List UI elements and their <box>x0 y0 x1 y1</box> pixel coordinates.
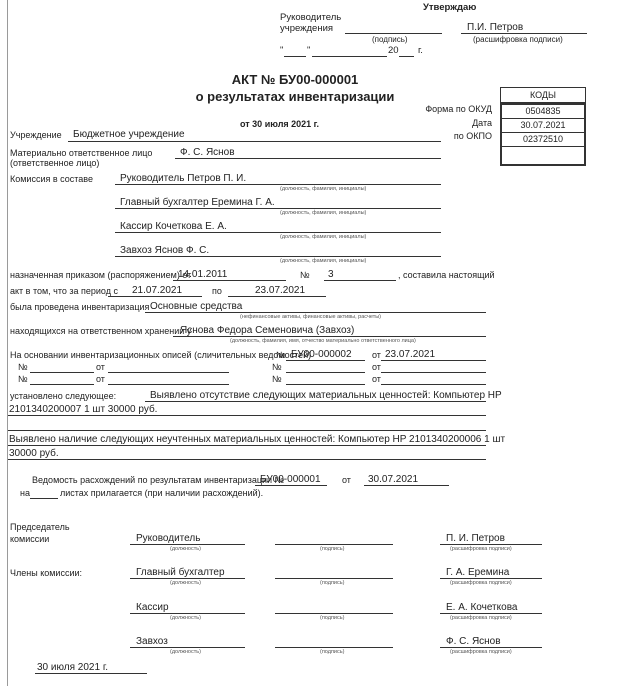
order-label: назначенная приказом (распоряжением) от <box>10 270 191 280</box>
signature-position: Главный бухгалтер <box>136 567 225 578</box>
signature-name: Ф. С. Яснов <box>446 636 501 647</box>
discrepancy-sheets-field[interactable] <box>30 498 58 499</box>
institution-line <box>68 141 441 142</box>
signature-position: Кассир <box>136 602 169 613</box>
approval-title: Утверждаю <box>423 2 476 13</box>
codes-date-value: 30.07.2021 <box>500 119 586 133</box>
approval-date-quote-open: " <box>280 45 283 56</box>
discrepancy-number: БУ00-000001 <box>260 474 321 485</box>
approval-name-line <box>461 33 587 34</box>
commission-member-2-line <box>115 208 441 209</box>
approval-date-quote-close: " <box>307 45 310 56</box>
signature-name-hint: (расшифровка подписи) <box>450 649 512 655</box>
footer-date: 30 июля 2021 г. <box>37 662 108 673</box>
approval-date-day[interactable] <box>284 56 306 57</box>
basis-extra-1-no2-field[interactable] <box>286 372 365 373</box>
signature-position-hint: (должность) <box>170 615 201 621</box>
signature-position-line <box>130 613 245 614</box>
basis-extra-1-no-field[interactable] <box>30 372 94 373</box>
codes-okud-label: Форма по ОКУД <box>425 104 492 114</box>
codes-header: КОДЫ <box>500 87 586 103</box>
signature-position-line <box>130 647 245 648</box>
approval-name: П.И. Петров <box>467 22 523 33</box>
signature-position: Завхоз <box>136 636 168 647</box>
basis-extra-2-date-field[interactable] <box>108 384 229 385</box>
basis-number-label: № <box>276 350 286 360</box>
period-to-line <box>228 296 326 297</box>
signature-position-hint: (должность) <box>170 649 201 655</box>
codes-table: КОДЫ 0504835 30.07.2021 02372510 Форма п… <box>500 87 586 166</box>
basis-extra-1-date-field[interactable] <box>108 372 229 373</box>
approval-date-year-suffix: г. <box>418 45 423 56</box>
commission-member-1: Руководитель Петров П. И. <box>120 173 246 184</box>
approval-date-year[interactable] <box>399 56 414 57</box>
approval-date-year-prefix: 20 <box>388 45 399 56</box>
discrepancy-sheets-prefix: на <box>20 488 30 498</box>
signature-field[interactable] <box>275 578 393 579</box>
basis-from-label: от <box>372 350 381 360</box>
signature-position-hint: (должность) <box>170 546 201 552</box>
commission-member-1-line <box>115 184 441 185</box>
commission-member-2: Главный бухгалтер Еремина Г. А. <box>120 197 275 208</box>
chair-label-line1: Председатель <box>10 522 70 532</box>
period-to-label: по <box>212 286 222 296</box>
members-label: Члены комиссии: <box>10 568 82 578</box>
period-from: 21.07.2021 <box>132 285 182 296</box>
commission-member-4: Завхоз Яснов Ф. С. <box>120 245 209 256</box>
codes-okpo-value: 02372510 <box>500 133 586 147</box>
signature-field[interactable] <box>275 544 393 545</box>
signature-position: Руководитель <box>136 533 200 544</box>
discrepancy-text: Ведомость расхождений по результатам инв… <box>32 475 284 485</box>
responsible-line <box>175 158 441 159</box>
approval-position-line1: Руководитель <box>280 12 341 23</box>
order-number: 3 <box>328 269 334 280</box>
institution-value: Бюджетное учреждение <box>73 129 185 140</box>
codes-date-label: Дата <box>472 118 492 128</box>
commission-member-3: Кассир Кочеткова Е. А. <box>120 221 227 232</box>
basis-extra-2-date2-field[interactable] <box>381 384 486 385</box>
findings-surplus-line1-rule <box>8 445 486 446</box>
signature-name: П. И. Петров <box>446 533 505 544</box>
approval-signature-hint: (подпись) <box>372 35 408 44</box>
basis-extra-1-no2-label: № <box>272 362 282 372</box>
responsible-value: Ф. С. Яснов <box>180 147 235 158</box>
commission-label: Комиссия в составе <box>10 174 93 184</box>
findings-empty-line <box>8 430 486 431</box>
signature-field[interactable] <box>275 613 393 614</box>
approval-signature-line[interactable] <box>345 33 442 34</box>
commission-member-2-hint: (должность, фамилия, инициалы) <box>280 210 366 216</box>
signature-field[interactable] <box>275 647 393 648</box>
signature-name: Е. А. Кочеткова <box>446 602 517 613</box>
discrepancy-from-label: от <box>342 475 351 485</box>
period-to: 23.07.2021 <box>255 285 305 296</box>
basis-extra-2-from-label: от <box>96 374 105 384</box>
basis-extra-2-no2-field[interactable] <box>286 384 365 385</box>
inventory-value: Основные средства <box>150 301 242 312</box>
chair-label-line2: комиссии <box>10 534 49 544</box>
codes-okud-value: 0504835 <box>500 103 586 119</box>
order-number-label: № <box>300 270 310 280</box>
basis-extra-2-no-label: № <box>18 374 28 384</box>
findings-shortage-line2-rule <box>8 415 486 416</box>
discrepancy-date: 30.07.2021 <box>368 474 418 485</box>
signature-name: Г. А. Еремина <box>446 567 509 578</box>
document-subtitle: о результатах инвентаризации <box>160 89 430 104</box>
order-date-line <box>173 280 286 281</box>
findings-surplus-line2-rule <box>8 459 486 460</box>
signature-name-line <box>440 544 542 545</box>
basis-date: 23.07.2021 <box>385 349 435 360</box>
order-suffix: , составила настоящий <box>398 270 495 280</box>
custody-label: находящихся на ответственном хранении у <box>10 326 191 336</box>
signature-name-line <box>440 578 542 579</box>
basis-extra-2-no-field[interactable] <box>30 384 94 385</box>
inventory-line <box>145 312 486 313</box>
responsible-label-line2: (ответственное лицо) <box>10 158 99 168</box>
period-from-line <box>108 296 202 297</box>
basis-extra-1-from2-label: от <box>372 362 381 372</box>
period-label: акт в том, что за период с <box>10 286 118 296</box>
signature-name-line <box>440 647 542 648</box>
approval-date-month[interactable] <box>312 56 387 57</box>
codes-okpo-label: по ОКПО <box>454 131 492 141</box>
custody-value: Яснова Федора Семеновича (Завхоз) <box>180 325 354 336</box>
document-title: АКТ № БУ00-000001 <box>200 72 390 87</box>
page-left-border <box>7 0 8 686</box>
signature-field-hint: (подпись) <box>320 649 344 655</box>
basis-extra-1-date2-field[interactable] <box>381 372 486 373</box>
inventory-label: была проведена инвентаризация <box>10 302 149 312</box>
commission-member-1-hint: (должность, фамилия, инициалы) <box>280 186 366 192</box>
commission-member-4-line <box>115 256 441 257</box>
basis-number-line <box>286 360 365 361</box>
findings-surplus-line2: 30000 руб. <box>9 448 59 459</box>
discrepancy-date-line <box>364 485 449 486</box>
signature-field-hint: (подпись) <box>320 546 344 552</box>
findings-surplus-line1: Выявлено наличие следующих неучтенных ма… <box>9 434 505 445</box>
signature-field-hint: (подпись) <box>320 615 344 621</box>
basis-extra-2-no2-label: № <box>272 374 282 384</box>
approval-position-line2: учреждения <box>280 23 333 34</box>
discrepancy-number-line <box>255 485 327 486</box>
basis-extra-2-from2-label: от <box>372 374 381 384</box>
signature-name-line <box>440 613 542 614</box>
order-number-line <box>324 280 396 281</box>
signature-position-line <box>130 578 245 579</box>
order-date: 14.01.2011 <box>178 269 227 280</box>
approval-name-hint: (расшифровка подписи) <box>473 35 563 44</box>
responsible-label-line1: Материально ответственное лицо <box>10 148 152 158</box>
findings-shortage-line2: 2101340200007 1 шт 30000 руб. <box>9 404 157 415</box>
basis-label: На основании инвентаризационных описей (… <box>10 350 311 360</box>
signature-name-hint: (расшифровка подписи) <box>450 580 512 586</box>
signature-position-hint: (должность) <box>170 580 201 586</box>
commission-member-4-hint: (должность, фамилия, инициалы) <box>280 258 366 264</box>
signature-field-hint: (подпись) <box>320 580 344 586</box>
commission-member-3-hint: (должность, фамилия, инициалы) <box>280 234 366 240</box>
discrepancy-sheets-suffix: листах прилагается (при наличии расхожде… <box>60 488 263 498</box>
signature-name-hint: (расшифровка подписи) <box>450 615 512 621</box>
findings-shortage-line1: Выявлено отсутствие следующих материальн… <box>150 390 502 401</box>
findings-label: установлено следующее: <box>10 391 116 401</box>
institution-label: Учреждение <box>10 130 62 140</box>
codes-empty-value <box>500 147 586 166</box>
findings-shortage-line1-rule <box>145 401 486 402</box>
basis-extra-1-from-label: от <box>96 362 105 372</box>
document-date: от 30 июля 2021 г. <box>240 119 319 129</box>
basis-date-line <box>381 360 486 361</box>
inventory-hint: (нефинансовые активы, финансовые активы,… <box>240 314 381 320</box>
signature-name-hint: (расшифровка подписи) <box>450 546 512 552</box>
custody-line <box>173 336 486 337</box>
commission-member-3-line <box>115 232 441 233</box>
basis-extra-1-no-label: № <box>18 362 28 372</box>
custody-hint: (должность, фамилия, имя, отчество матер… <box>230 338 416 344</box>
signature-position-line <box>130 544 245 545</box>
basis-number: БУ00-000002 <box>291 349 352 360</box>
footer-date-line <box>35 673 147 674</box>
